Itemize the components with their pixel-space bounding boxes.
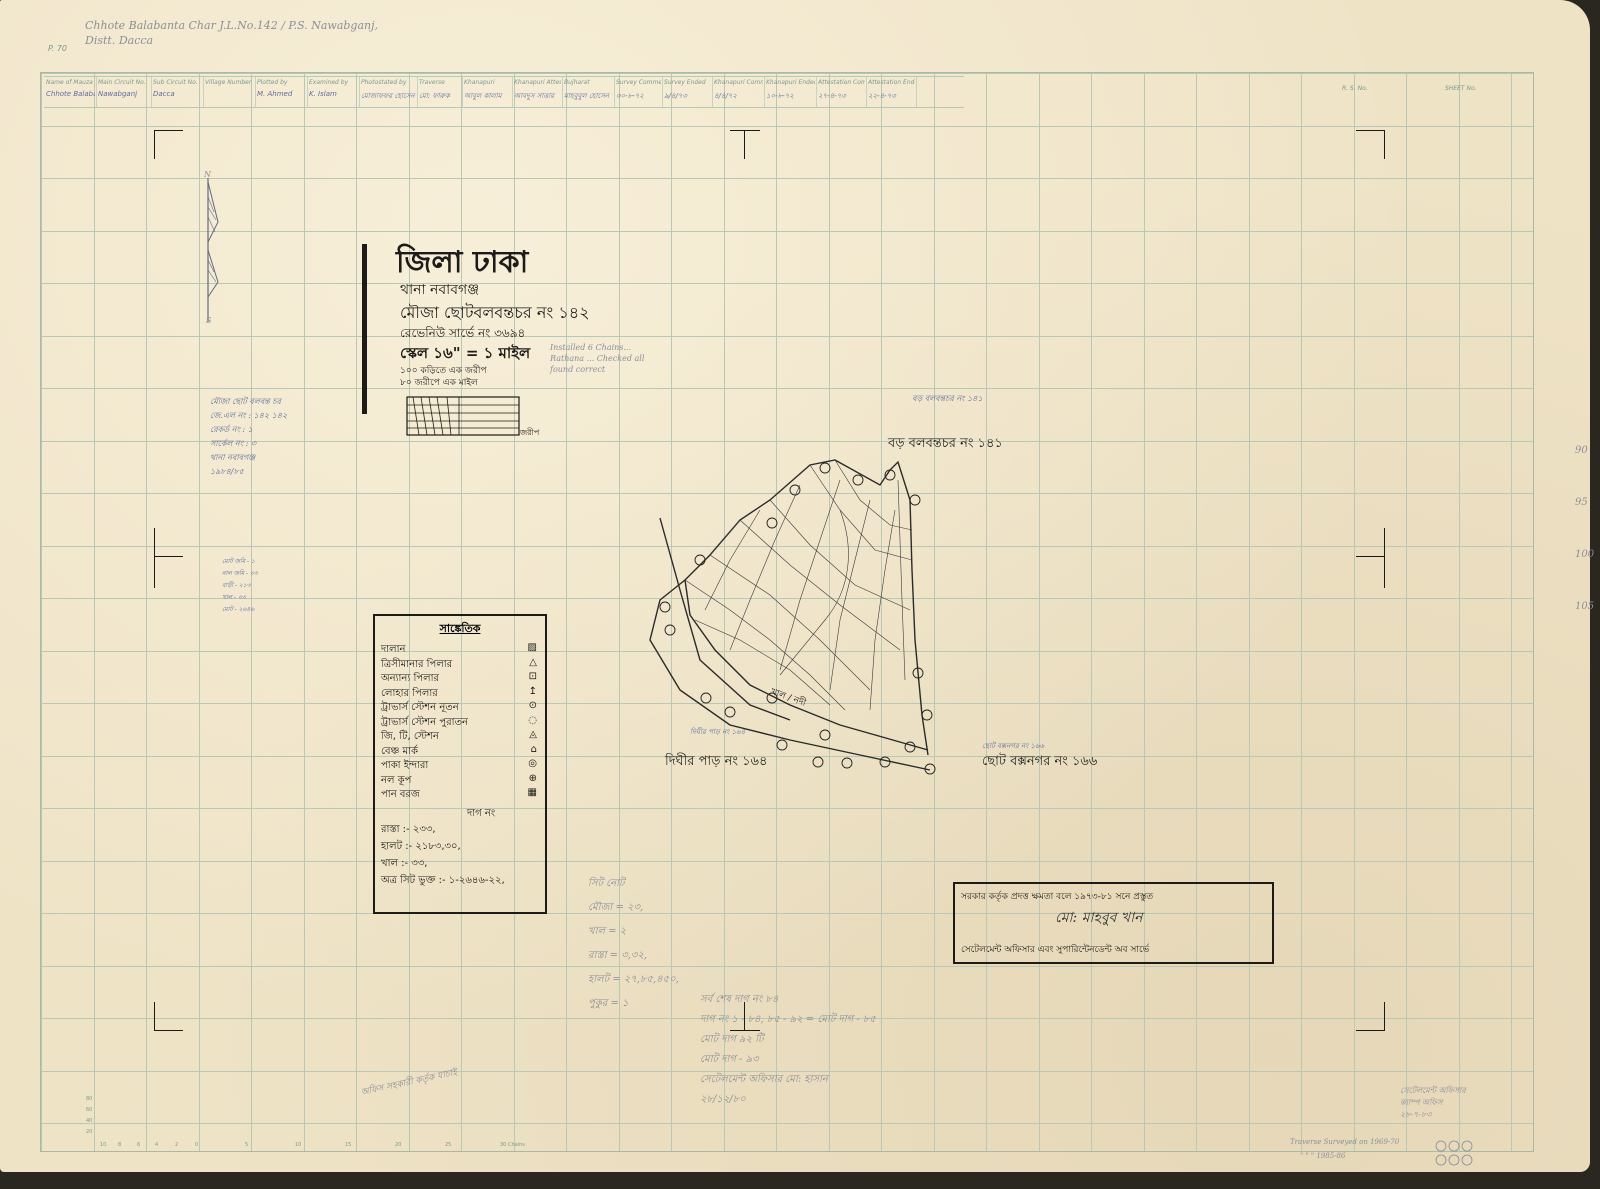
legend-symbol-icon: ↥ [529,686,537,697]
grid-line-v [41,73,42,1151]
header-cell: Sub Circuit No.Dacca [151,77,204,107]
grid-line-v [356,73,357,1151]
grid-line-h [41,336,1533,337]
header-cell-value: Chhote Balabanta Char [46,90,95,98]
header-cell-value: ২২-৪-৭৩ [868,90,915,102]
grid-line-v [1459,73,1460,1151]
header-cell-label: Bujharat [564,79,613,86]
header-cell: Survey Ended৯/৪/৭৩ [662,77,713,107]
handwritten-line: পুকুর = ১ [588,992,679,1016]
header-cell: Attestation Commenced২৭-৪-৭৩ [816,77,867,107]
top-pencil-note: Chhote Balabanta Char J.L.No.142 / P.S. … [85,18,385,48]
handwritten-line: সার্কেল নং : ৩ [210,437,287,451]
corner-mark-tr [1356,130,1385,159]
grid-line-h [41,966,1533,967]
handwritten-line: ১৯৮৪/৮৫ [210,465,287,479]
header-cell-label: Khanapuri [464,79,511,86]
header-cell: Name of MauzaChhote Balabanta Char [44,77,97,107]
center-lower-note: সিট নোটমৌজা = ২৩,খাল = ২রাস্তা = ৩,৩২,হা… [588,872,679,1016]
title-block-bar [362,244,367,414]
handwritten-line: দাগ নং ১ - ৮৪, ৮৫ - ৯২ = মোট দাগ - ৮৫ [700,1010,876,1030]
legend-box: সাঙ্কেতিক দালান▨ত্রিসীমানার পিলার△অন্যান… [373,614,547,914]
header-cell: Attestation Ended২২-৪-৭৩ [866,77,917,107]
header-cell: Village Number [203,77,256,107]
header-table: Name of MauzaChhote Balabanta CharMain C… [44,76,964,108]
scale-tick-label: 30 Chains [500,1142,525,1148]
grid-line-v [146,73,147,1151]
margin-number: 100 [1575,549,1594,560]
legend-symbol-icon: ⊙ [529,700,537,711]
left-mouza-note: মৌজা ছোট বলবন্ত চরজে.এল নং : ১৪২ ১৪২রেকর… [210,395,287,479]
scale-tick-label: 20 [86,1129,92,1135]
scale-tick-label: 60 [86,1107,92,1113]
scale-tick-label: 20 [395,1142,401,1148]
cadastral-map-sheet: Chhote Balabanta Char J.L.No.142 / P.S. … [0,0,1590,1172]
handwritten-line: নাল জমি - ৩৩ [222,568,258,580]
handwritten-line: হালট = ২৭,৮৫,৪৫০, [588,968,679,992]
header-cell-value: Dacca [153,90,202,98]
header-cell: Khanapuriআবুল কালাম [462,77,513,107]
grid-line-h [41,808,1533,809]
adjacent-mouza-southwest-ink: দিঘীর পাড় নং ১৬৪ [690,726,745,738]
legend-item-label: পান বরজ [381,787,420,804]
handwritten-line: মোট জমি - ১ [222,556,258,568]
legend-symbol-icon: ◎ [528,758,537,769]
rs-no-label: R. S. No. [1342,85,1368,92]
corner-mark-bl [154,1002,183,1031]
legend-dag-row: রাস্তা :- ২৩৩, [381,822,436,839]
north-arrow-icon [196,172,226,332]
grid-line-h [41,1123,1533,1124]
header-cell-value: আবদুস সাত্তার [514,90,561,102]
adjacent-mouza-southeast-ink: ছোট বক্সনগর নং ১৬৬ [982,740,1044,752]
grid-line-v [1196,73,1197,1151]
header-cell-label: Khanapuri Attestation [514,79,561,86]
center-mark-top [730,130,760,159]
header-cell-label: Plotted by [257,79,306,86]
header-cell-value: আবুল কালাম [464,90,511,102]
grid-line-h [41,178,1533,179]
legend-symbol-icon: ▦ [528,787,537,798]
grid-line-v [514,73,515,1151]
adjacent-mouza-north-ink: বড় বলবন্তচর নং ১৪১ [912,393,983,406]
scale-tick-label: 10 [295,1142,301,1148]
south-label: S [206,316,211,325]
bottom-notes: সর্ব শেষ দাগ নং ৮৪দাগ নং ১ - ৮৪, ৮৫ - ৯২… [700,990,876,1110]
header-cell: Plotted byM. Ahmed [255,77,308,107]
handwritten-line: মৌজা = ২৩, [588,896,679,920]
grid-line-v [566,73,567,1151]
scale-tick-label: 25 [445,1142,451,1148]
header-cell-label: Sub Circuit No. [153,79,202,86]
scale-bar-unit: জরীপ [520,427,539,440]
thana-label: থানা নবাবগঞ্জ [400,278,479,302]
traverse-circles [1435,1140,1485,1174]
grid-line-v [1144,73,1145,1151]
scale-tick-label: 15 [345,1142,351,1148]
header-cell: Survey Commenced৩০-৮-৭২ [614,77,663,107]
legend-symbol-icon: ⊕ [529,773,537,784]
header-cell-value: ৩০-৮-৭২ [616,90,661,102]
header-cell-label: Khanapuri Ended [766,79,815,86]
margin-number: 90 [1575,445,1588,456]
handwritten-line: খাল - ৩৩ [222,592,258,604]
grid-line-h [41,913,1533,914]
header-cell-label: Examined by [309,79,358,86]
certificate-line-1: সরকার কর্তৃক প্রদত্ত ক্ষমতা বলে ১৯৭৩-৮১ … [961,889,1153,904]
scale-tick-label: 5 [245,1142,248,1148]
center-mark-left [154,528,183,588]
grid-line-v [304,73,305,1151]
legend-symbol-icon: ⊡ [529,671,537,682]
header-cell: Khanapuri Ended১০-৮-৭২ [764,77,817,107]
handwritten-line: মোট - ২৬৪৬ [222,604,258,616]
grid-line-v [409,73,410,1151]
header-cell-label: Name of Mauza [46,79,95,86]
grid-line-h [41,283,1533,284]
corner-mark-tl [154,130,183,159]
legend-symbol-icon: △ [529,657,537,668]
grid-line-v [1301,73,1302,1151]
grid-line-v [1354,73,1355,1151]
header-cell-value: মাহবুবুল হোসেন [564,90,613,102]
handwritten-line: ২৮-৭-৮৩ [1400,1109,1466,1121]
header-cell: Photostated byমোজাফফর হোসেন [359,77,418,107]
header-cell-label: Photostated by [361,79,416,86]
header-cell-label: Khanapuri Commenced [714,79,763,86]
header-cell-value: ৯/৪/৭৩ [664,90,711,102]
legend-dag-row: অত্র সিট ভুক্ত :- ১-২৬৪৬-২২, [381,873,505,890]
legend-symbol-icon: ⌂ [531,744,537,755]
header-cell: Examined byK. Islam [307,77,360,107]
handwritten-line: সিট নোট [588,872,679,896]
header-cell-value: Nawabganj [98,90,150,98]
scale-tick-label: 4 [155,1142,158,1148]
header-cell: Khanapuri Commenced৪/৪/৭২ [712,77,765,107]
handwritten-line: রাস্তা = ৩,৩২, [588,944,679,968]
header-cell-value: মোজাফফর হোসেন [361,90,416,102]
header-cell-value: মো: ফারুক [419,90,461,102]
header-cell: Traverseমো: ফারুক [417,77,463,107]
handwritten-line: ক্যাম্প অফিস [1400,1097,1466,1109]
grid-line-v [1249,73,1250,1151]
handwritten-line: বাড়ী - ২১৩ [222,580,258,592]
legend-symbol-icon: ◬ [529,729,537,740]
grid-line-v [1406,73,1407,1151]
adjacent-mouza-north: বড় বলবন্তচর নং ১৪১ [888,434,1003,455]
center-pencil-english: Installed 6 Chains... Rathana ... Checke… [550,342,650,375]
handwritten-line: ২৮/১২/৮০ [700,1090,876,1110]
certificate-line-2: সেটেলমেন্ট অফিসার এবং সুপারিন্টেনডেন্ট অ… [961,942,1149,957]
header-cell-label: Village Number [205,79,254,86]
header-cell-label: Survey Ended [664,79,711,86]
handwritten-line: মৌজা ছোট বলবন্ত চর [210,395,287,409]
grid-line-v [1511,73,1512,1151]
header-cell-value: ২৭-৪-৭৩ [818,90,865,102]
handwritten-line: খাল = ২ [588,920,679,944]
header-cell-label: Survey Commenced [616,79,661,86]
handwritten-line: রেকর্ড নং : ১ [210,423,287,437]
traverse-note-2: " " " 1985-86 [1300,1152,1345,1160]
legend-dag-row: হালট :- ২১৮৩,৩০, [381,839,461,856]
handwritten-line: থানা নবাবগঞ্জ [210,451,287,465]
scale-tick-label: 80 [86,1096,92,1102]
header-cell-value: ৪/৪/৭২ [714,90,763,102]
mouza-label: মৌজা ছোটবলবন্তচর নং ১৪২ [400,300,590,327]
grid-line-v [461,73,462,1151]
handwritten-line: সর্ব শেষ দাগ নং ৮৪ [700,990,876,1010]
header-cell-label: Attestation Ended [868,79,915,86]
scale-tick-label: 0 [195,1142,198,1148]
header-cell: Main Circuit No.Nawabganj [96,77,152,107]
legend-symbol-icon: ◌ [528,715,537,726]
handwritten-line: মোট দাগ ৯২ টি [700,1030,876,1050]
grid-line-h [41,388,1533,389]
grid-line-h [41,126,1533,127]
header-cell-label: Traverse [419,79,461,86]
handwritten-line: সেটেলমেন্ট অফিসার মো: হাসান [700,1070,876,1090]
header-cell-value: M. Ahmed [257,90,306,98]
scale-tick-label: 10 [100,1142,106,1148]
scale-tick-label: 8 [118,1142,121,1148]
legend-symbol-icon: ▨ [528,642,537,653]
north-label: N [204,170,211,179]
scale-tick-label: 2 [175,1142,178,1148]
grid-line-h [41,231,1533,232]
legend-dag-row: খাল :- ৩৩, [381,856,427,873]
header-cell-label: Attestation Commenced [818,79,865,86]
header-cell-label: Main Circuit No. [98,79,150,86]
handwritten-line: সেটেলমেন্ট অফিসার [1400,1085,1466,1097]
left-list-note: মোট জমি - ১নাল জমি - ৩৩বাড়ী - ২১৩খাল - … [222,556,258,616]
grid-line-v [1091,73,1092,1151]
header-cell: Khanapuri Attestationআবদুস সাত্তার [512,77,563,107]
header-cell-value: K. Islam [309,90,358,98]
page-ref: P. 70 [48,44,67,53]
handwritten-line: মোট দাগ - ৯৩ [700,1050,876,1070]
grid-line-v [94,73,95,1151]
margin-number: 105 [1575,601,1594,612]
scale-tick-label: 6 [137,1142,140,1148]
header-cell-value: ১০-৮-৭২ [766,90,815,102]
legend-title: সাঙ্কেতিক [375,620,545,639]
traverse-note-1: Traverse Surveyed on 1969-70 [1290,1138,1399,1146]
adjacent-mouza-southwest: দিঘীর পাড় নং ১৬৪ [665,752,767,773]
legend-dag-heading: দাগ নং [467,806,495,823]
corner-mark-br [1356,1002,1385,1031]
scale-tick-label: 40 [86,1118,92,1124]
certificate-box: সরকার কর্তৃক প্রদত্ত ক্ষমতা বলে ১৯৭৩-৮১ … [953,882,1274,964]
certificate-signature: মো: মাহবুব খান [1055,906,1143,930]
bottom-right-note: সেটেলমেন্ট অফিসারক্যাম্প অফিস২৮-৭-৮৩ [1400,1085,1466,1121]
sheet-no-label: SHEET No. [1445,85,1477,92]
adjacent-mouza-southeast: ছোট বক্সনগর নং ১৬৬ [982,752,1097,773]
center-mark-right [1356,528,1385,588]
header-cell: Bujharatমাহবুবুল হোসেন [562,77,615,107]
handwritten-line: জে.এল নং : ১৪২ ১৪২ [210,409,287,423]
scale-note-2: ৮০ জরীপে এক মাইল [400,375,478,390]
grid-line-h [41,73,1533,74]
grid-line-h [41,861,1533,862]
margin-number: 95 [1575,497,1588,508]
